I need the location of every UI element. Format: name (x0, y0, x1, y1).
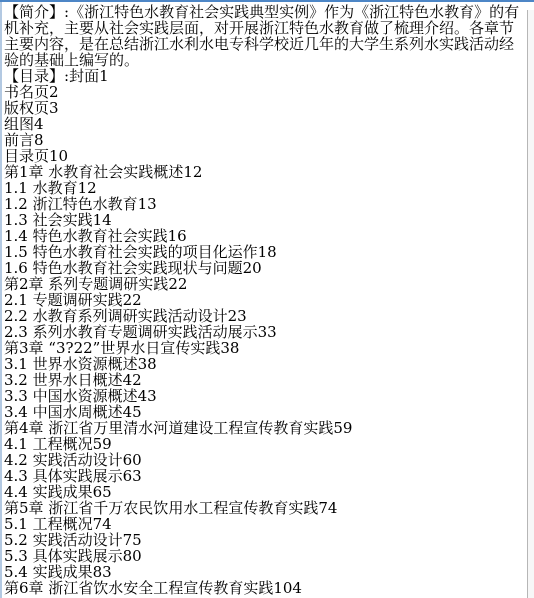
toc-heading-line: 【目录】:封面1 (4, 68, 524, 84)
toc-item: 4.1 工程概况59 (4, 436, 524, 452)
toc-item: 前言8 (4, 132, 524, 148)
toc-item: 第5章 浙江省千万农民饮用水工程宣传教育实践74 (4, 500, 524, 516)
left-border-divider (0, 2, 2, 598)
toc-item: 5.3 具体实践展示80 (4, 548, 524, 564)
toc-item: 版权页3 (4, 100, 524, 116)
toc-item: 4.4 实践成果65 (4, 484, 524, 500)
toc-item: 3.3 中国水资源概述43 (4, 388, 524, 404)
toc-item: 1.2 浙江特色水教育13 (4, 196, 524, 212)
toc-item: 3.4 中国水周概述45 (4, 404, 524, 420)
toc-list: 书名页2版权页3组图4前言8目录页10第1章 水教育社会实践概述121.1 水教… (4, 84, 524, 596)
toc-item: 3.2 世界水日概述42 (4, 372, 524, 388)
toc-item: 2.1 专题调研实践22 (4, 292, 524, 308)
toc-item: 1.4 特色水教育社会实践16 (4, 228, 524, 244)
toc-item: 3.1 世界水资源概述38 (4, 356, 524, 372)
intro-text: 《浙江特色水教育社会实践典型实例》作为《浙江特色水教育》的有机补充，主要从社会实… (4, 3, 519, 69)
toc-item: 第6章 浙江省饮水安全工程宣传教育实践104 (4, 580, 524, 596)
toc-item: 第1章 水教育社会实践概述12 (4, 164, 524, 180)
toc-item: 1.5 特色水教育社会实践的项目化运作18 (4, 244, 524, 260)
book-detail-page: 【简介】:《浙江特色水教育社会实践典型实例》作为《浙江特色水教育》的有机补充，主… (0, 0, 534, 598)
toc-item: 书名页2 (4, 84, 524, 100)
toc-item: 1.6 特色水教育社会实践现状与问题20 (4, 260, 524, 276)
toc-item: 5.4 实践成果83 (4, 564, 524, 580)
toc-item: 组图4 (4, 116, 524, 132)
vertical-scrollbar[interactable] (527, 10, 534, 598)
toc-item: 1.1 水教育12 (4, 180, 524, 196)
toc-item: 第3章 “3?22”世界水日宣传实践38 (4, 340, 524, 356)
toc-item: 4.2 实践活动设计60 (4, 452, 524, 468)
toc-item: 1.3 社会实践14 (4, 212, 524, 228)
toc-first-item: 封面1 (69, 67, 109, 85)
toc-item: 目录页10 (4, 148, 524, 164)
toc-item: 第2章 系列专题调研实践22 (4, 276, 524, 292)
toc-item: 2.3 系列水教育专题调研实践活动展示33 (4, 324, 524, 340)
intro-paragraph: 【简介】:《浙江特色水教育社会实践典型实例》作为《浙江特色水教育》的有机补充，主… (4, 4, 524, 68)
toc-item: 5.1 工程概况74 (4, 516, 524, 532)
toc-item: 4.3 具体实践展示63 (4, 468, 524, 484)
toc-item: 2.2 水教育系列调研实践活动设计23 (4, 308, 524, 324)
toc-item: 5.2 实践活动设计75 (4, 532, 524, 548)
toc-item: 第4章 浙江省万里清水河道建设工程宣传教育实践59 (4, 420, 524, 436)
book-text-content: 【简介】:《浙江特色水教育社会实践典型实例》作为《浙江特色水教育》的有机补充，主… (4, 4, 524, 596)
